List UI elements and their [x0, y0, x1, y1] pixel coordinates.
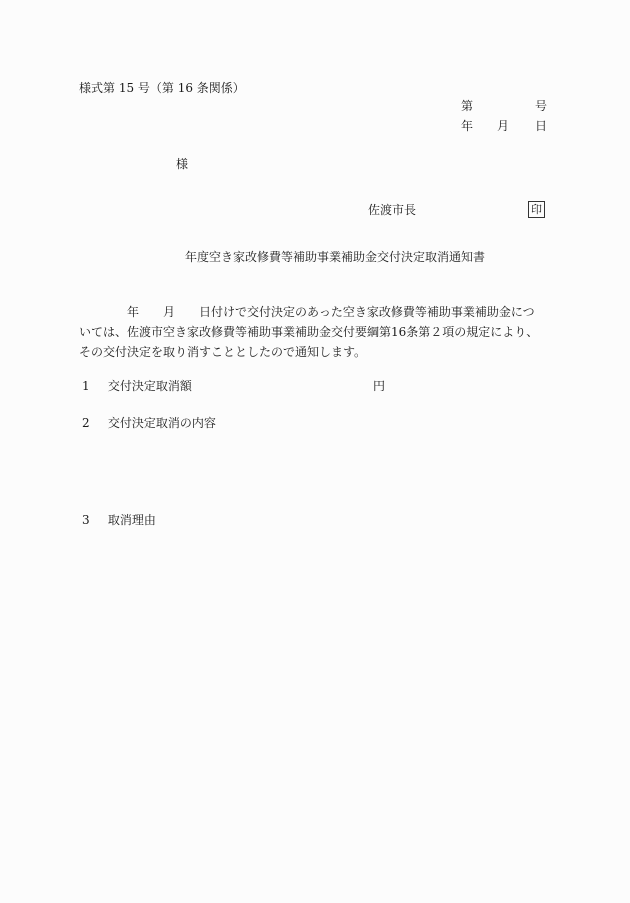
item-cancel-amount: 1 交付決定取消額	[82, 378, 192, 394]
issue-date-day: 日	[535, 118, 547, 134]
document-title: 年度空き家改修費等補助事業補助金交付決定取消通知書	[185, 249, 485, 265]
item-label: 交付決定取消額	[108, 379, 192, 393]
issuer-name: 佐渡市長	[368, 202, 416, 218]
document-number-prefix: 第	[461, 98, 473, 114]
item-label: 交付決定取消の内容	[108, 416, 216, 430]
item-number: 3	[82, 512, 104, 528]
body-date-month: 月	[163, 305, 175, 319]
item-cancel-reason: 3 取消理由	[82, 512, 156, 528]
form-number: 様式第 15 号（第 16 条関係）	[79, 80, 245, 96]
body-date-year: 年	[127, 305, 139, 319]
item-label: 取消理由	[108, 513, 156, 527]
issue-date-year: 年	[461, 118, 473, 134]
addressee: 様	[176, 156, 188, 172]
seal-icon: 印	[528, 201, 545, 218]
issue-date-month: 月	[497, 118, 509, 134]
item-cancel-content: 2 交付決定取消の内容	[82, 415, 216, 431]
body-paragraph: 年月日付けで交付決定のあった空き家改修費等補助事業補助金につ いては、佐渡市空き…	[79, 302, 549, 362]
body-line-3: その交付決定を取り消すこととしたので通知します。	[79, 342, 549, 362]
item-number: 2	[82, 415, 104, 431]
body-line-1: 年月日付けで交付決定のあった空き家改修費等補助事業補助金につ	[79, 302, 549, 322]
amount-unit: 円	[373, 378, 385, 394]
item-number: 1	[82, 378, 104, 394]
body-line-2: いては、佐渡市空き家改修費等補助事業補助金交付要綱第16条第２項の規定により、	[79, 322, 549, 342]
document-number-suffix: 号	[535, 98, 547, 114]
body-line-1-text: 日付けで交付決定のあった空き家改修費等補助事業補助金につ	[199, 305, 535, 319]
